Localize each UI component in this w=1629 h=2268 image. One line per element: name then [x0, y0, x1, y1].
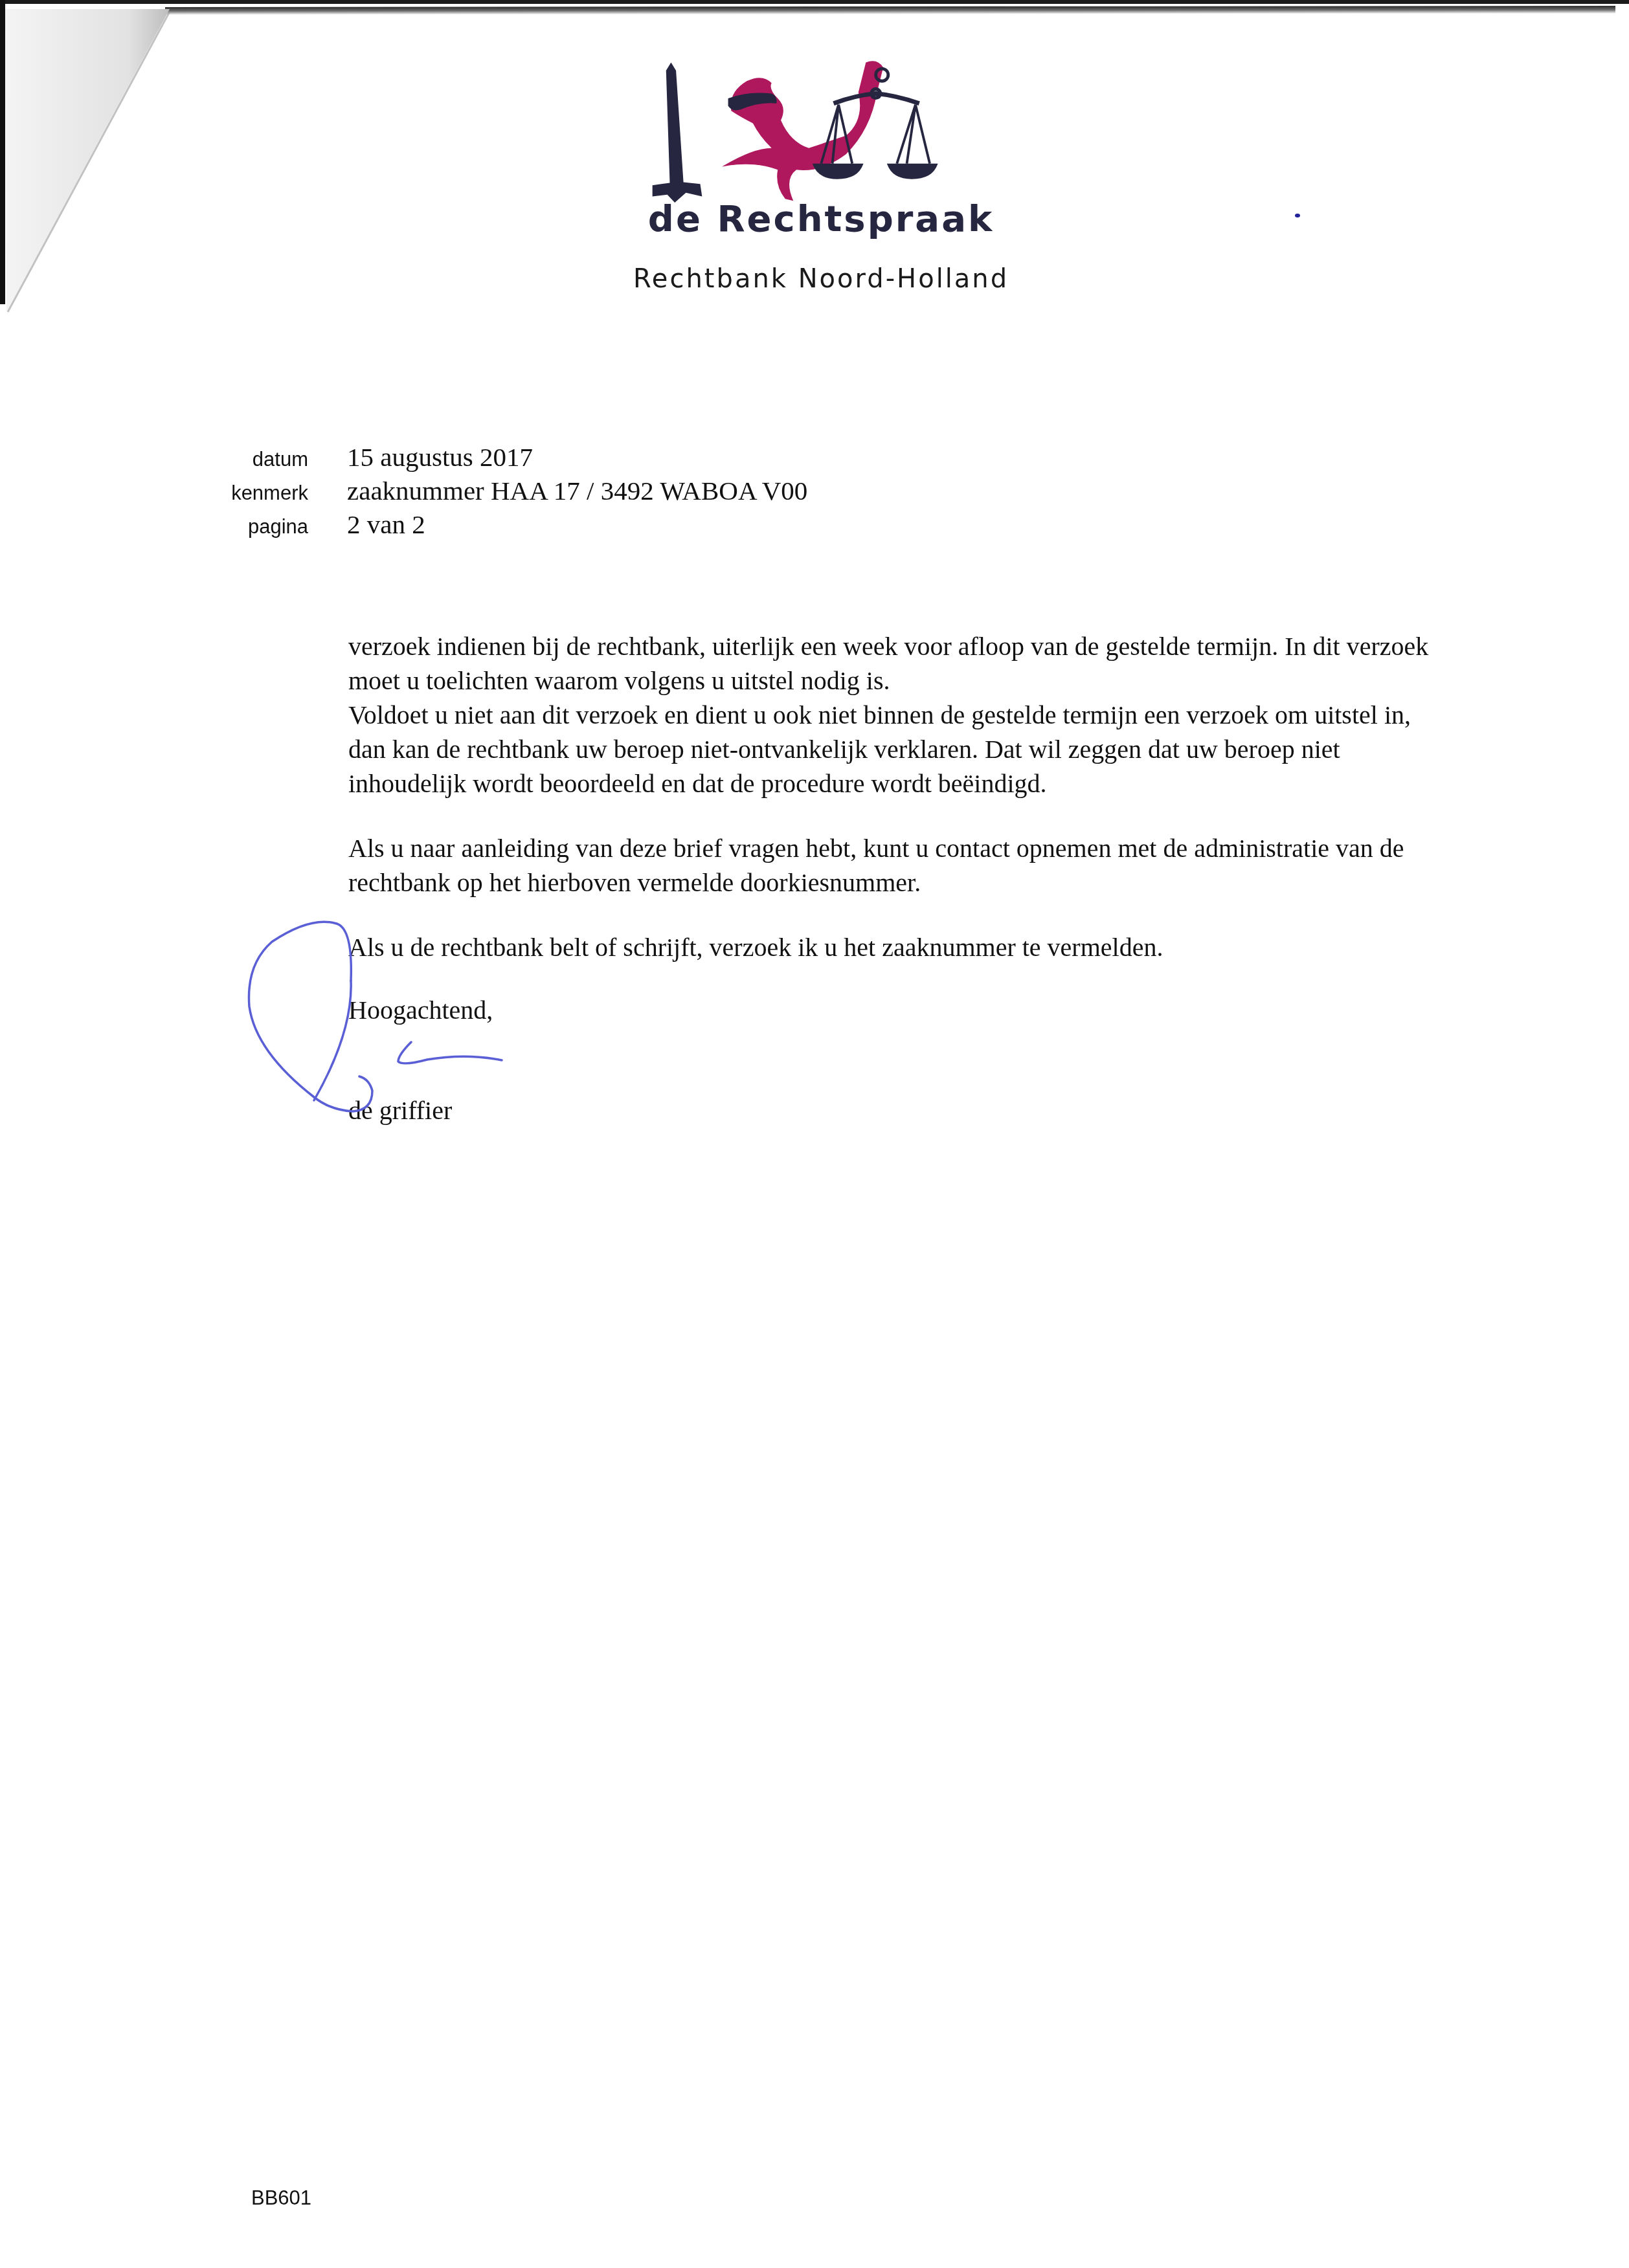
meta-date-row: datum 15 augustus 2017: [194, 441, 807, 475]
letter-body: verzoek indienen bij de rechtbank, uiter…: [348, 629, 1566, 1128]
signatory: de griffier: [348, 1093, 1566, 1128]
closing: Hoogachtend,: [348, 993, 1566, 1027]
letter-metadata: datum 15 augustus 2017 kenmerk zaaknumme…: [194, 441, 807, 542]
body-paragraph: Als u naar aanleiding van deze brief vra…: [348, 831, 1566, 900]
meta-value: zaaknummer HAA 17 / 3492 WABOA V00: [347, 475, 807, 506]
handwritten-signature-icon: [233, 903, 531, 1117]
court-name: Rechtbank Noord-Holland: [0, 264, 1629, 294]
body-paragraph: Als u de rechtbank belt of schrijft, ver…: [348, 930, 1566, 964]
meta-page-row: pagina 2 van 2: [194, 509, 807, 542]
meta-value: 15 augustus 2017: [347, 441, 533, 472]
scan-top-border: [0, 0, 1629, 4]
form-code: BB601: [251, 2186, 311, 2210]
meta-value: 2 van 2: [347, 509, 425, 540]
lady-justice-logo-icon: [647, 52, 945, 207]
meta-reference-row: kenmerk zaaknummer HAA 17 / 3492 WABOA V…: [194, 475, 807, 509]
meta-label: pagina: [194, 515, 347, 539]
body-paragraph: verzoek indienen bij de rechtbank, uiter…: [348, 629, 1566, 801]
meta-label: datum: [194, 448, 347, 471]
meta-label: kenmerk: [194, 482, 347, 505]
organization-wordmark: de Rechtspraak: [0, 198, 1629, 240]
scan-page-edge: [165, 6, 1615, 15]
